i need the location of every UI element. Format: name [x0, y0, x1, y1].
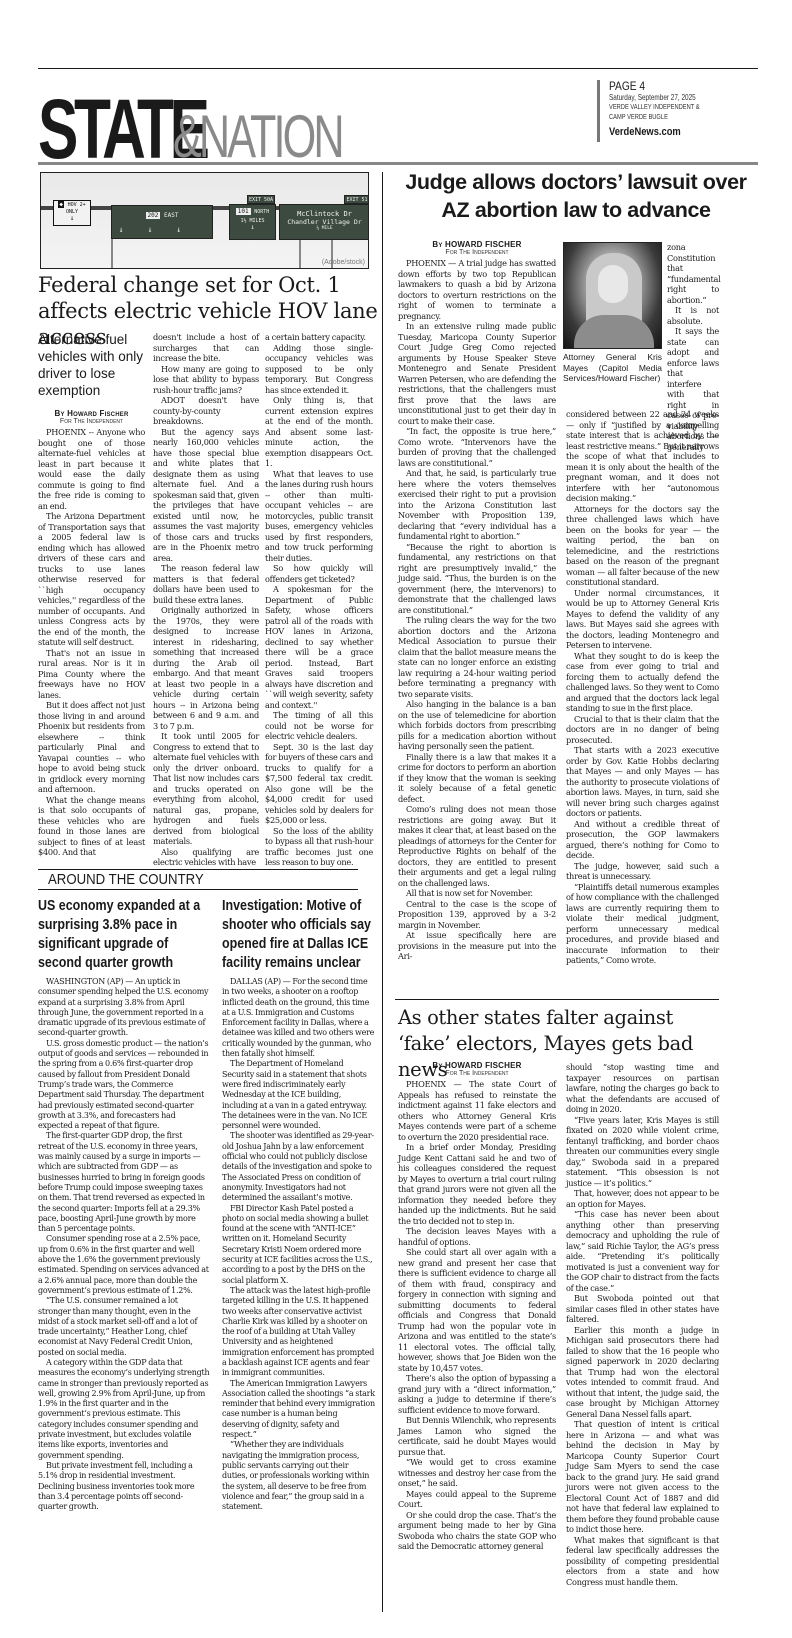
photo-body: [574, 315, 654, 349]
paragraph: The ruling clears the way for the two ab…: [398, 615, 556, 699]
paragraph: Central to the case is the scope of Prop…: [398, 899, 556, 931]
hov-signs-photo: ◆ HOV 2+ ONLY ↓ 202 EAST ↓↓↓ EXIT 50A 10…: [40, 172, 369, 269]
around-the-country-label: AROUND THE COUNTRY: [48, 871, 204, 889]
paragraph: DALLAS (AP) — For the second time in two…: [222, 977, 375, 1059]
paragraph: The judge, however, said such a threat i…: [566, 861, 719, 882]
paragraph: And without a credible threat of prosecu…: [566, 819, 719, 861]
paragraph: So the loss of the ability to bypass all…: [265, 826, 373, 868]
dallas-story: Investigation: Motive of shooter who off…: [222, 897, 375, 1512]
electors-body-col2: should “stop wasting time and taxpayer r…: [566, 1062, 719, 1587]
paragraph: Finally there is a law that makes it a c…: [398, 752, 556, 805]
masthead-info: PAGE 4 Saturday, September 27, 2025 VERD…: [597, 80, 719, 142]
paragraph: doesn't include a host of surcharges tha…: [153, 332, 259, 364]
paragraph: U.S. gross domestic product — the nation…: [38, 1039, 210, 1132]
hov-only-sign: ◆ HOV 2+ ONLY ↓: [53, 200, 91, 226]
dallas-headline[interactable]: Investigation: Motive of shooter who off…: [222, 897, 377, 973]
dallas-body: DALLAS (AP) — For the second time in two…: [222, 977, 375, 1512]
paragraph: That, however, does not appear to be an …: [566, 1188, 719, 1209]
paragraph: But private investment fell, including a…: [38, 1461, 210, 1512]
paragraph: The reason federal law matters is that f…: [153, 563, 259, 605]
paragraph: In a brief order Monday, Presiding Judge…: [398, 1142, 556, 1226]
paragraph: “Whether they are individuals navigating…: [222, 1440, 375, 1512]
paragraph: What that leaves to use the lanes during…: [265, 469, 373, 564]
paragraph: That starts with a 2023 executive order …: [566, 745, 719, 819]
route-202-shield: 202: [146, 212, 161, 219]
paragraph: PHOENIX -- Anyone who bought one of thos…: [38, 427, 145, 511]
paragraph: Attorneys for the doctors say the three …: [566, 504, 719, 588]
issue-date: Saturday, September 27, 2025: [609, 93, 697, 103]
section-masthead: STATE&NATION: [38, 92, 407, 162]
hov-sign-text: HOV 2+ ONLY: [66, 202, 86, 215]
paragraph: WASHINGTON (AP) — An uptick in consumer …: [38, 977, 210, 1039]
paragraph: “Plaintiffs detail numerous examples of …: [566, 882, 719, 966]
masthead-top-rule: [38, 68, 758, 69]
down-arrow-icon: ↓: [230, 224, 275, 231]
paragraph: But Dennis Wilenchik, who represents Jam…: [398, 1415, 556, 1457]
hov-byline-org: For The Independent: [38, 418, 145, 425]
paragraph: But the agency says nearly 160,000 vehic…: [153, 427, 259, 564]
mayes-photo-caption: Attorney General Kris Mayes (Capitol Med…: [563, 352, 662, 384]
paragraph: And that, he said, is particularly true …: [398, 468, 556, 542]
paragraph: The Arizona Department of Transportation…: [38, 511, 145, 648]
abortion-column-1: By HOWARD FISCHER For The Independent PH…: [398, 240, 556, 962]
paragraph: zona Constitution that “fundamental righ…: [667, 242, 719, 305]
paragraph: That's not an issue in rural areas. Nor …: [38, 648, 145, 701]
paragraph: What makes that significant is that fede…: [566, 1535, 719, 1588]
paragraph: The attack was the latest high-profile t…: [222, 1286, 375, 1379]
paragraph: Sept. 30 is the last day for buyers of t…: [265, 742, 373, 826]
paragraph: Or she could drop the case. That’s the a…: [398, 1510, 556, 1552]
mcclintock-line1: McClintock Dr: [280, 210, 369, 218]
electors-byline-org: For The Independent: [398, 1070, 556, 1077]
paper-name-line1: VERDE VALLEY INDEPENDENT &: [609, 103, 700, 113]
paragraph: But it does affect not just those living…: [38, 700, 145, 795]
paragraph: Under normal circumstances, it would be …: [566, 588, 719, 651]
electors-byline: By HOWARD FISCHER: [398, 1061, 556, 1070]
paragraph: The American Immigration Lawyers Associa…: [222, 1379, 375, 1441]
mcclintock-line2: Chandler Village Dr: [280, 218, 369, 226]
paragraph: a certain battery capacity.: [265, 332, 373, 343]
economy-body: WASHINGTON (AP) — An uptick in consumer …: [38, 977, 210, 1512]
paragraph: Como’s ruling does not mean those restri…: [398, 804, 556, 888]
paragraph: So how quickly will offenders get ticket…: [265, 563, 373, 584]
paragraph: “Because the right to abortion is fundam…: [398, 542, 556, 616]
column-divider: [382, 172, 383, 1612]
paragraph: At issue specifically here are provision…: [398, 930, 556, 962]
paper-name-line2: CAMP VERDE BUGLE: [609, 113, 700, 123]
paragraph: How many are going to lose that ability …: [153, 364, 259, 396]
masthead-bottom-rule: [38, 162, 758, 165]
masthead-nation: &NATION: [173, 112, 342, 162]
route-202-sign: 202 EAST ↓↓↓: [111, 205, 213, 239]
abortion-body-col2: considered between 22 and 24 weeks — onl…: [566, 409, 719, 966]
paragraph: PHOENIX — The state Court of Appeals has…: [398, 1079, 556, 1142]
route-101-sign: 101 NORTH 1½ MILES ↓: [229, 204, 276, 240]
hov-byline: By Howard Fischer: [38, 409, 145, 418]
abortion-body-col1: PHOENIX — A trial judge has swatted down…: [398, 258, 556, 962]
photo-face: [598, 265, 628, 303]
kris-mayes-photo: [563, 242, 662, 349]
paragraph: The Department of Homeland Security said…: [222, 1059, 375, 1131]
paragraph: considered between 22 and 24 weeks — onl…: [566, 409, 719, 504]
paragraph: Only thing is, that current extension ex…: [265, 395, 373, 469]
exit-51-tab: EXIT 51: [344, 195, 369, 204]
paragraph: A category within the GDP data that meas…: [38, 1358, 210, 1461]
abortion-headline[interactable]: Judge allows doctors’ lawsuit over AZ ab…: [395, 168, 757, 224]
paragraph: What the change means is that solo occup…: [38, 795, 145, 858]
route-101-shield: 101: [236, 208, 251, 215]
paragraph: Consumer spending rose at a 2.5% pace, u…: [38, 1234, 210, 1296]
route-101-direction: NORTH: [254, 209, 269, 215]
down-arrow-icon: ↓↓↓: [112, 225, 212, 234]
photo-credit: (Adobe/stock): [322, 259, 365, 266]
paragraph: ADOT doesn't have county-by-county break…: [153, 395, 259, 427]
economy-story: US economy expanded at a surprising 3.8%…: [38, 897, 210, 1512]
hov-deck: Alternative fuel vehicles with only driv…: [38, 331, 145, 399]
economy-headline[interactable]: US economy expanded at a surprising 3.8%…: [38, 897, 210, 973]
paragraph: The shooter was identified as 29-year-ol…: [222, 1131, 375, 1203]
paragraph: The timing of all this could not be wors…: [265, 710, 373, 742]
paragraph: The decision leaves Mayes with a handful…: [398, 1226, 556, 1247]
paragraph: There’s also the option of bypassing a g…: [398, 1373, 556, 1415]
paragraph: Earlier this month a judge in Michigan s…: [566, 1325, 719, 1420]
electors-column-1: By HOWARD FISCHER For The Independent PH…: [398, 1061, 556, 1552]
page-number: PAGE 4: [609, 80, 703, 93]
down-arrow-icon: ↓: [54, 215, 90, 222]
electors-body-col1: PHOENIX — The state Court of Appeals has…: [398, 1079, 556, 1552]
paragraph: Mayes could appeal to the Supreme Court.: [398, 1489, 556, 1510]
paragraph: It is not absolute.: [667, 305, 719, 326]
electors-top-rule: [395, 999, 719, 1000]
paragraph: Crucial to that is their claim that the …: [566, 714, 719, 746]
paragraph: But Swoboda pointed out that similar cas…: [566, 1293, 719, 1325]
website-link[interactable]: VerdeNews.com: [609, 125, 703, 139]
paragraph: should “stop wasting time and taxpayer r…: [566, 1062, 719, 1115]
around-country-top-rule: [38, 869, 358, 870]
paragraph: “The U.S. consumer remained a lot strong…: [38, 1296, 210, 1358]
paragraph: All that is now set for November.: [398, 888, 556, 899]
paragraph: She could start all over again with a ne…: [398, 1247, 556, 1373]
paragraph: “Five years later, Kris Mayes is still f…: [566, 1115, 719, 1189]
route-202-direction: EAST: [164, 212, 178, 219]
paragraph: Originally authorized in the 1970s, they…: [153, 605, 259, 731]
paragraph: Adding those single-occupancy vehicles w…: [265, 343, 373, 396]
abortion-byline: By HOWARD FISCHER: [398, 240, 556, 249]
around-country-bottom-rule: [38, 889, 358, 890]
paragraph: Also hanging in the balance is a ban on …: [398, 699, 556, 752]
paragraph: “We would get to cross examine witnesses…: [398, 1457, 556, 1489]
paragraph: PHOENIX — A trial judge has swatted down…: [398, 258, 556, 321]
paragraph: That question of intent is critical here…: [566, 1419, 719, 1535]
paragraph: The first-quarter GDP drop, the first re…: [38, 1131, 210, 1234]
paragraph: “This case has never been about anything…: [566, 1209, 719, 1293]
mcclintock-sign: McClintock Dr Chandler Village Dr ¼ MILE: [279, 204, 369, 240]
masthead-state: STATE: [38, 96, 135, 162]
paragraph: FBI Director Kash Patel posted a photo o…: [222, 1204, 375, 1286]
hov-body-col2: doesn't include a host of surcharges tha…: [153, 332, 259, 868]
paragraph: What they sought to do is keep the case …: [566, 651, 719, 714]
paragraph: Also qualifying are electric vehicles wi…: [153, 847, 259, 868]
paragraph: A spokesman for the Department of Public…: [265, 584, 373, 710]
hov-column-1: Alternative fuel vehicles with only driv…: [38, 331, 145, 858]
hov-body-col1: PHOENIX -- Anyone who bought one of thos…: [38, 427, 145, 858]
abortion-byline-org: For The Independent: [398, 249, 556, 256]
paragraph: “In fact, the opposite is true here,” Co…: [398, 426, 556, 468]
paragraph: In an extensive ruling made public Tuesd…: [398, 321, 556, 426]
paragraph: It took until 2005 for Congress to exten…: [153, 731, 259, 847]
mcclintock-distance: ¼ MILE: [280, 226, 369, 231]
hov-body-col3: a certain battery capacity.Adding those …: [265, 332, 373, 868]
exit-50a-tab: EXIT 50A: [247, 195, 275, 204]
